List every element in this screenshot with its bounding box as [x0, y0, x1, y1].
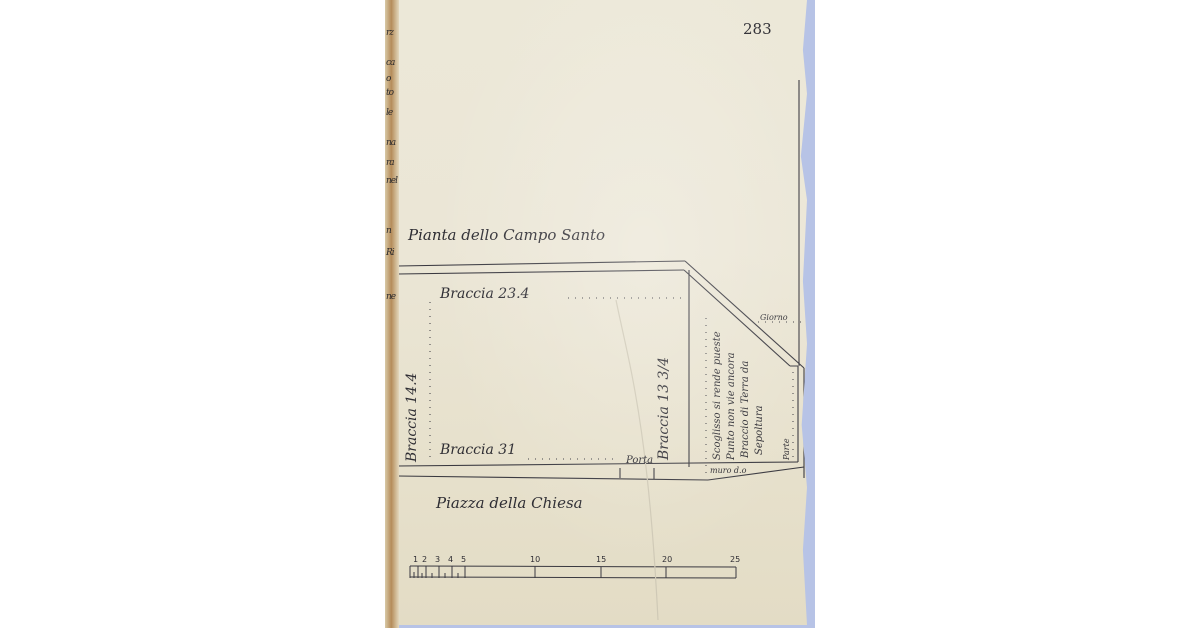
manuscript-page: 283 Pianta dello Campo Santo	[398, 0, 807, 625]
scale-bar	[410, 566, 736, 578]
margin-fragment: to	[386, 88, 393, 98]
scale-tick-10: 10	[530, 555, 540, 564]
piazza-caption: Piazza della Chiesa	[436, 494, 583, 512]
scale-tick-15: 15	[596, 555, 606, 564]
binding-edge: rz ca o to le na ra nel n Ri ne	[385, 0, 399, 628]
top-right-note: Giorno	[760, 313, 788, 322]
scale-tick-3: 3	[435, 555, 440, 564]
margin-fragment: rz	[386, 28, 393, 38]
annex-note-line-3: Braccio di Terra da	[740, 361, 751, 458]
door-label: Porta	[626, 455, 653, 466]
margin-fragment: nel	[386, 176, 397, 186]
margin-fragment: n	[386, 226, 391, 236]
annex-note-line-2: Punto non vie ancora	[726, 352, 737, 460]
bottom-side-measurement: Braccia 31	[440, 442, 516, 458]
scale-tick-25: 25	[730, 555, 740, 564]
margin-fragment: Ri	[386, 248, 394, 258]
far-right-note: Parte	[782, 438, 791, 460]
folio-number: 283	[743, 20, 772, 38]
plan-title: Pianta dello Campo Santo	[408, 226, 605, 244]
inner-right-side-measurement: Braccia 13 3/4	[656, 357, 672, 460]
margin-fragment: ra	[386, 158, 394, 168]
margin-fragment: na	[386, 138, 395, 148]
top-side-measurement: Braccia 23.4	[440, 286, 529, 302]
margin-fragment: ca	[386, 58, 394, 68]
annex-note-line-4: Sepoltura	[754, 405, 765, 455]
annex-note-line-1: Scoglisso si rende pueste	[712, 331, 723, 460]
cemetery-plan-drawing	[398, 0, 807, 625]
scale-tick-1: 1	[413, 555, 418, 564]
margin-fragment: le	[386, 108, 392, 118]
margin-fragment: o	[386, 74, 390, 84]
bottom-right-note: muro d.o	[710, 466, 746, 475]
margin-fragment: ne	[386, 292, 395, 302]
scale-tick-20: 20	[662, 555, 672, 564]
scale-tick-4: 4	[448, 555, 453, 564]
left-side-measurement: Braccia 14.4	[404, 373, 420, 462]
scale-tick-2: 2	[422, 555, 427, 564]
scale-tick-5: 5	[461, 555, 466, 564]
